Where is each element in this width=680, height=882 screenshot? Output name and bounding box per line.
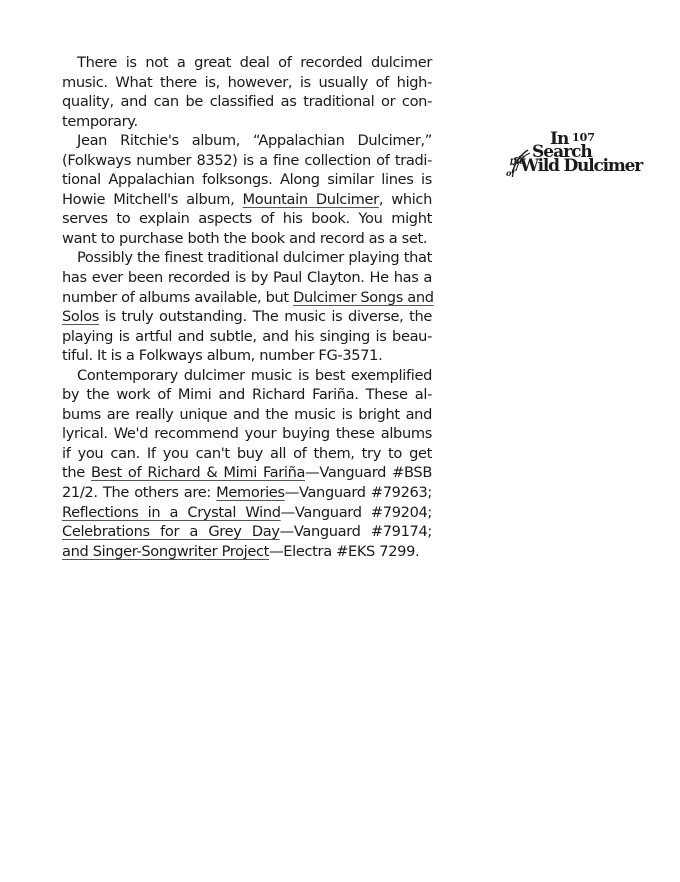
body-text-column: There is not a great deal of recorded du… xyxy=(62,53,432,561)
text-line: Contemporary dulcimer music is best exem… xyxy=(62,366,432,386)
text-line: number of albums available, but Dulcimer… xyxy=(62,288,432,308)
text-line: bums are really unique and the music is … xyxy=(62,405,432,425)
paragraph: Possibly the finest traditional dulcimer… xyxy=(62,248,432,365)
paragraph: Jean Ritchie's album, “Appalachian Dulci… xyxy=(62,131,432,248)
text-line: tiful. It is a Folkways album, number FG… xyxy=(62,346,432,366)
text-line: Solos is truly outstanding. The music is… xyxy=(62,307,432,327)
text-line: There is not a great deal of recorded du… xyxy=(62,53,432,73)
album-title: Best of Richard & Mimi Fariña xyxy=(91,464,305,481)
text-line: Howie Mitchell's album, Mountain Dulcime… xyxy=(62,190,432,210)
text-line: Reflections in a Crystal Wind—Vanguard #… xyxy=(62,503,432,523)
album-title: Solos xyxy=(62,308,99,325)
running-header: the of In 107 Search Wild Dulcimer xyxy=(506,131,656,181)
text-line: Celebrations for a Grey Day—Vanguard #79… xyxy=(62,522,432,542)
text-line: Jean Ritchie's album, “Appalachian Dulci… xyxy=(62,131,432,151)
text-line: want to purchase both the book and recor… xyxy=(62,229,432,249)
text-line: playing is artful and subtle, and his si… xyxy=(62,327,432,347)
text-line: by the work of Mimi and Richard Fariña. … xyxy=(62,385,432,405)
text-line: temporary. xyxy=(62,112,432,132)
text-line: tional Appalachian folksongs. Along simi… xyxy=(62,170,432,190)
album-title: Memories xyxy=(216,484,285,501)
svg-text:of: of xyxy=(506,168,516,177)
text-line: quality, and can be classified as tradit… xyxy=(62,92,432,112)
text-line: (Folkways number 8352) is a fine collect… xyxy=(62,151,432,171)
text-line: music. What there is, however, is usuall… xyxy=(62,73,432,93)
text-line: Possibly the finest traditional dulcimer… xyxy=(62,248,432,268)
header-title-wild-dulcimer: Wild Dulcimer xyxy=(520,158,642,175)
text-line: 21/2. The others are: Memories—Vanguard … xyxy=(62,483,432,503)
album-title: Celebrations for a Grey Day xyxy=(62,523,280,540)
paragraph: There is not a great deal of recorded du… xyxy=(62,53,432,131)
text-line: serves to explain aspects of his book. Y… xyxy=(62,209,432,229)
text-line: if you can. If you can't buy all of them… xyxy=(62,444,432,464)
paragraph: Contemporary dulcimer music is best exem… xyxy=(62,366,432,561)
text-line: lyrical. We'd recommend your buying thes… xyxy=(62,424,432,444)
text-line: and Singer-Songwriter Project—Electra #E… xyxy=(62,542,432,562)
album-title: Dulcimer Songs and xyxy=(293,289,434,306)
text-line: has ever been recorded is by Paul Clayto… xyxy=(62,268,432,288)
album-title: Mountain Dulcimer xyxy=(243,191,379,208)
album-title: Reflections in a Crystal Wind xyxy=(62,504,281,521)
album-title: and Singer-Songwriter Project xyxy=(62,543,269,560)
text-line: the Best of Richard & Mimi Fariña—Vangua… xyxy=(62,463,432,483)
